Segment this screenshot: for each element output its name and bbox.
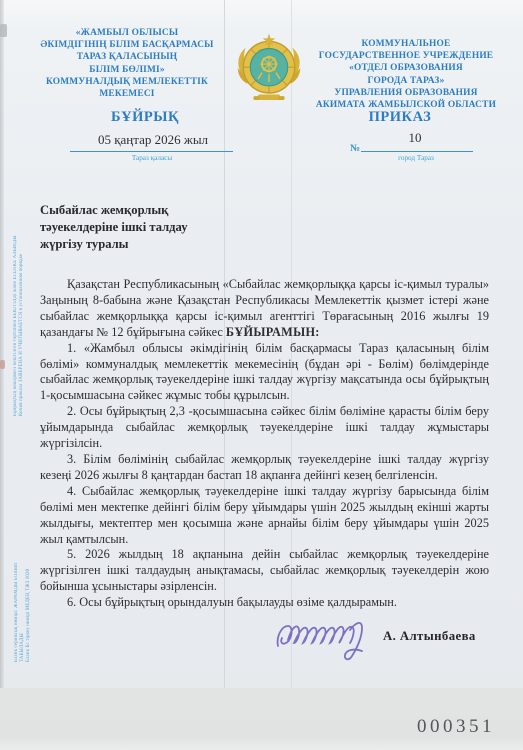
number-underline <box>361 151 473 152</box>
order-item-2: 2. Осы бұйрықтың 2,3 -қосымшасына сәйкес… <box>40 404 489 452</box>
number-sign: № <box>350 143 360 154</box>
order-item-1: 1. «Жамбыл облысы әкімдігінің білім басқ… <box>40 341 489 405</box>
scan-edge-mark <box>0 24 7 37</box>
document-serial-number: 000351 <box>417 716 507 738</box>
order-body: Қазақстан Республикасының «Сыбайлас жемқ… <box>40 277 489 611</box>
scanned-order-document: «ЖАМБЫЛ ОБЛЫСЫ ӘКІМДІГІНІҢ БІЛІМ БАСҚАРМ… <box>0 0 523 750</box>
org-name-russian: КОММУНАЛЬНОЕ ГОСУДАРСТВЕННОЕ УЧРЕЖДЕНИЕ … <box>306 38 506 111</box>
order-date: 05 қаңтар 2026 жыл <box>72 132 234 148</box>
kazakhstan-coat-of-arms-icon <box>230 29 308 107</box>
order-subject: Сыбайлас жемқорлық тәуекелдеріне ішкі та… <box>40 202 255 252</box>
scan-edge-mark <box>0 360 5 369</box>
order-item-5: 5. 2026 жылдың 18 ақпанына дейін сыбайла… <box>40 547 489 595</box>
order-title-kazakh: БҰЙРЫҚ <box>75 109 215 126</box>
margin-registration-stamp: Бұйрықтың көшірмесі бекітілген тәртіппен… <box>13 214 25 416</box>
handwritten-signature <box>272 610 376 673</box>
preamble-decree-word: БҰЙЫРАМЫН: <box>226 325 320 339</box>
order-number: 10 <box>370 130 460 146</box>
preamble-paragraph: Қазақстан Республикасының «Сыбайлас жемқ… <box>40 277 489 341</box>
scan-edge-shadow <box>0 0 4 750</box>
org-name-kazakh: «ЖАМБЫЛ ОБЛЫСЫ ӘКІМДІГІНІҢ БІЛІМ БАСҚАРМ… <box>36 27 218 100</box>
date-underline <box>70 151 233 152</box>
order-title-russian: ПРИКАЗ <box>330 109 470 126</box>
order-item-6: 6. Осы бұйрықтың орындалуын бақылауды өз… <box>40 595 489 611</box>
order-item-3: 3. Білім бөлімінің сыбайлас жемқорлық тә… <box>40 452 489 484</box>
place-label-russian: город Тараз <box>360 154 472 162</box>
order-item-4: 4. Сыбайлас жемқорлық тәуекелдеріне ішкі… <box>40 484 489 548</box>
margin-blank-number-stamp: Бланк сериялық нөмірі: ЖАРАМДЫ БОЛЫП ТАБ… <box>14 544 32 662</box>
signatory-name: А. Алтынбаева <box>383 629 476 644</box>
place-label-kazakh: Тараз қаласы <box>92 154 212 162</box>
